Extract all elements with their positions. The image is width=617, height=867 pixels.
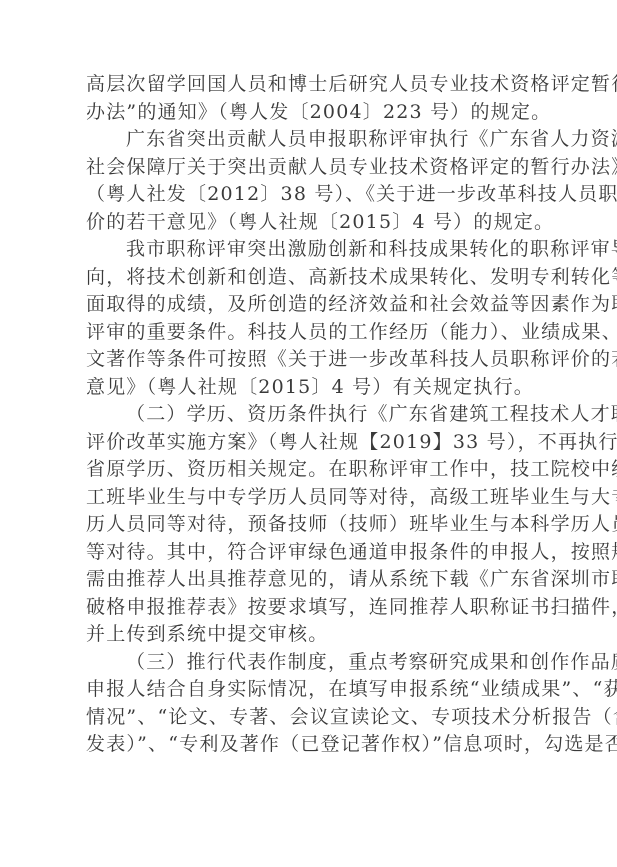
text-line: 高层次留学回国人员和博士后研究人员专业技术资格评定暂行	[86, 71, 542, 99]
text-line: 文著作等条件可按照《关于进一步改革科技人员职称评价的若干	[86, 346, 542, 374]
text-line: 面取得的成绩，及所创造的经济效益和社会效益等因素作为职称	[86, 291, 542, 319]
paragraph: 高层次留学回国人员和博士后研究人员专业技术资格评定暂行 办法”的通知》（粤人发〔…	[86, 71, 542, 126]
paragraph: 广东省突出贡献人员申报职称评审执行《广东省人力资源和 社会保障厅关于突出贡献人员…	[86, 126, 542, 236]
paragraph: 我市职称评审突出激励创新和科技成果转化的职称评审导 向，将技术创新和创造、高新技…	[86, 236, 542, 401]
text-line: 工班毕业生与中专学历人员同等对待，高级工班毕业生与大专学	[86, 484, 542, 512]
text-line: 历人员同等对待，预备技师（技师）班毕业生与本科学历人员同	[86, 511, 542, 539]
text-line: 省原学历、资历相关规定。在职称评审工作中，技工院校中级技	[86, 456, 542, 484]
text-line: 价的若干意见》（粤人社规〔2015〕4 号）的规定。	[86, 209, 542, 237]
text-line: 发表）”、“专利及著作（已登记著作权）”信息项时，勾选是否代	[86, 731, 542, 759]
text-line: 评审的重要条件。科技人员的工作经历（能力）、业绩成果、论	[86, 319, 542, 347]
text-line: 等对待。其中，符合评审绿色通道申报条件的申报人，按照规定	[86, 539, 542, 567]
text-line: （粤人社发〔2012〕38 号）、《关于进一步改革科技人员职称评	[86, 181, 542, 209]
text-line: 并上传到系统中提交审核。	[86, 621, 542, 649]
paragraph: （二）学历、资历条件执行《广东省建筑工程技术人才职称 评价改革实施方案》（粤人社…	[86, 401, 542, 649]
text-line: 评价改革实施方案》（粤人社规【2019】33 号），不再执行广东	[86, 429, 542, 457]
text-line: 广东省突出贡献人员申报职称评审执行《广东省人力资源和	[86, 126, 542, 154]
text-line: （三）推行代表作制度，重点考察研究成果和创作作品质量。	[86, 649, 542, 677]
text-line: 破格申报推荐表》按要求填写，连同推荐人职称证书扫描件，一	[86, 594, 542, 622]
text-line: 情况”、“论文、专著、会议宣读论文、专项技术分析报告（含未	[86, 704, 542, 732]
document-page: 高层次留学回国人员和博士后研究人员专业技术资格评定暂行 办法”的通知》（粤人发〔…	[86, 71, 542, 759]
paragraph: （三）推行代表作制度，重点考察研究成果和创作作品质量。 申报人结合自身实际情况，…	[86, 649, 542, 759]
text-line: 我市职称评审突出激励创新和科技成果转化的职称评审导	[86, 236, 542, 264]
text-line: 意见》（粤人社规〔2015〕4 号）有关规定执行。	[86, 374, 542, 402]
text-line: 办法”的通知》（粤人发〔2004〕223 号）的规定。	[86, 99, 542, 127]
text-line: （二）学历、资历条件执行《广东省建筑工程技术人才职称	[86, 401, 542, 429]
text-line: 申报人结合自身实际情况，在填写申报系统“业绩成果”、“获奖	[86, 676, 542, 704]
text-line: 需由推荐人出具推荐意见的，请从系统下载《广东省深圳市职称	[86, 566, 542, 594]
text-line: 向，将技术创新和创造、高新技术成果转化、发明专利转化等方	[86, 264, 542, 292]
text-line: 社会保障厅关于突出贡献人员专业技术资格评定的暂行办法》	[86, 154, 542, 182]
